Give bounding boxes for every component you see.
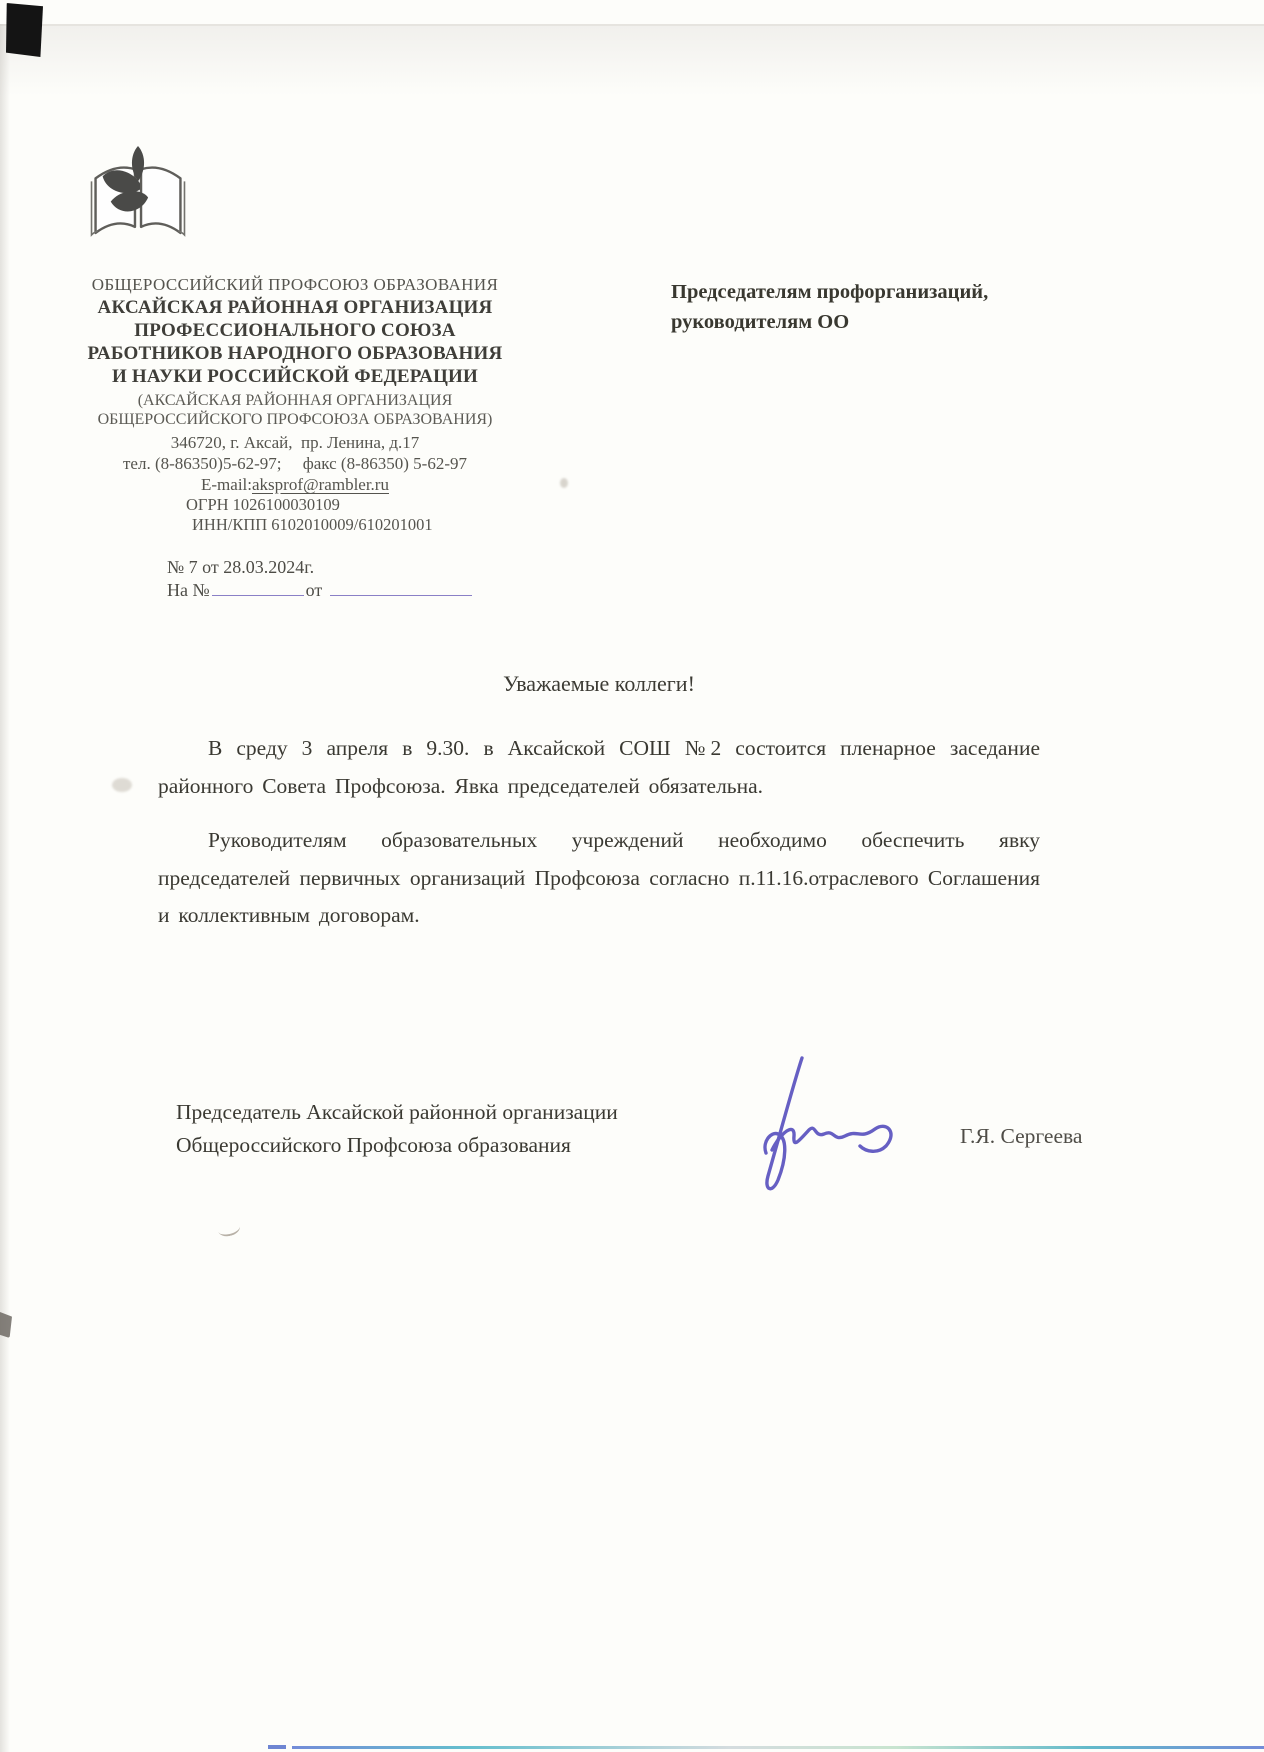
blank-underline: [330, 581, 472, 596]
phone-fax-line: тел. (8-86350)5-62-97; факс (8-86350) 5-…: [72, 453, 518, 474]
org-short-name-line: ОБЩЕРОССИЙСКОГО ПРОФСОЮЗА ОБРАЗОВАНИЯ): [72, 410, 518, 429]
salutation: Уважаемые коллеги!: [158, 671, 1040, 697]
inn-kpp-line: ИНН/КПП 6102010009/610201001: [192, 515, 518, 535]
scan-edge-artifact: [0, 1312, 12, 1338]
reply-reference-line: На №от: [167, 579, 472, 602]
scan-left-shading: [0, 24, 10, 1752]
reference-block: № 7 от 28.03.2024г. На №от: [167, 556, 472, 602]
email-line: E-mail:aksprof@rambler.ru: [72, 474, 518, 495]
scan-smudge: [112, 778, 132, 792]
org-name-line: ПРОФЕССИОНАЛЬНОГО СОЮЗА: [72, 319, 518, 342]
scan-bottom-dash: [268, 1745, 286, 1749]
body-paragraph: В среду 3 апреля в 9.30. в Аксайской СОШ…: [158, 730, 1040, 805]
org-name-line: И НАУКИ РОССИЙСКОЙ ФЕДЕРАЦИИ: [72, 365, 518, 388]
addressee-line: Председателям профорганизаций,: [671, 277, 988, 307]
org-name-line: АКСАЙСКАЯ РАЙОННАЯ ОРГАНИЗАЦИЯ: [72, 296, 518, 319]
addressee-line: руководителям ОО: [671, 307, 988, 337]
ogrn-line: ОГРН 1026100030109: [186, 495, 518, 515]
reply-prefix: На №: [167, 580, 210, 600]
outgoing-number-line: № 7 от 28.03.2024г.: [167, 556, 472, 579]
body-paragraph: Руководителям образовательных учреждений…: [158, 822, 1040, 935]
scan-shading: [0, 26, 1264, 96]
scan-corner-artifact: [6, 3, 43, 57]
education-union-logo-icon: [86, 144, 190, 240]
scanned-letter-page: ОБЩЕРОССИЙСКИЙ ПРОФСОЮЗ ОБРАЗОВАНИЯ АКСА…: [0, 0, 1264, 1752]
blank-underline: [212, 581, 304, 596]
signatory-name: Г.Я. Сергеева: [960, 1124, 1082, 1149]
org-short-name-line: (АКСАЙСКАЯ РАЙОННАЯ ОРГАНИЗАЦИЯ: [72, 391, 518, 410]
signatory-position-line: Общероссийского Профсоюза образования: [176, 1129, 618, 1162]
union-name-line: ОБЩЕРОССИЙСКИЙ ПРОФСОЮЗ ОБРАЗОВАНИЯ: [72, 274, 518, 296]
signatory-position-block: Председатель Аксайской районной организа…: [176, 1096, 618, 1161]
scan-smudge: [560, 478, 568, 488]
email-address: aksprof@rambler.ru: [252, 475, 389, 494]
postal-address: 346720, г. Аксай, пр. Ленина, д.17: [72, 432, 518, 453]
scan-bottom-color-line: [292, 1746, 1264, 1749]
letterhead-block: ОБЩЕРОССИЙСКИЙ ПРОФСОЮЗ ОБРАЗОВАНИЯ АКСА…: [72, 274, 518, 534]
email-label: E-mail:: [201, 475, 252, 494]
pen-tick-artifact: [217, 1220, 242, 1239]
signatory-position-line: Председатель Аксайской районной организа…: [176, 1096, 618, 1129]
handwritten-signature: [698, 1052, 958, 1202]
reply-middle: от: [306, 580, 323, 600]
addressee-block: Председателям профорганизаций, руководит…: [671, 277, 988, 337]
org-name-line: РАБОТНИКОВ НАРОДНОГО ОБРАЗОВАНИЯ: [72, 342, 518, 365]
